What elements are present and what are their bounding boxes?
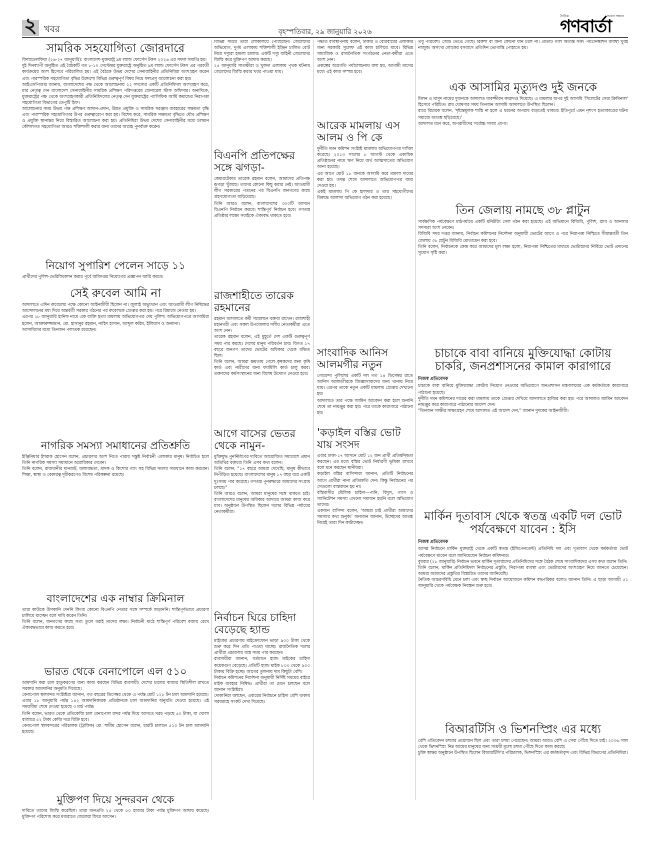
paragraph: পদ্ধতি ব্যবস্থাপনায় বলেন, ঢাকার ও বেরিব…	[317, 40, 413, 64]
paragraph: এরপর ১৮ জানুয়ারি হানিফ নামে এক ব্যক্তি …	[22, 315, 209, 327]
paragraph: তিনি বলেন, আমরা ক্ষমতায় গেলে কৃষকদের জন…	[214, 360, 310, 378]
paragraph: বিভিন্ন সময়ে তারা লোকালয়ে পৌঁছেছেন। জে…	[214, 40, 310, 64]
article-military-cooperation: সামরিক সহযোগিতা জোরদারে ফিলাডেলফিয়া (২৬…	[22, 42, 209, 257]
article-body: আমদানি করা চাল হাতুকরণের জন্য কাজ করছেন …	[22, 681, 209, 736]
paragraph: আসন্ন নির্বাচনে মার্কিন যুক্তরাষ্ট্র থেক…	[418, 547, 628, 559]
article-death-sentence: এক আসামির মৃত্যুদণ্ড দুই জনকে মিলন ও মাস…	[418, 79, 628, 199]
headline: আগে বাসের ভেতর থেকে নামুন-	[214, 428, 310, 452]
paragraph: কড়াইল বস্তির বাসিন্দারা জানান, প্রতিটি …	[317, 472, 413, 490]
article-body: বিভিন্ন সময়ে তারা লোকালয়ে পৌঁছেছেন। জে…	[214, 40, 310, 77]
headline: তিন জেলায় নামছে ৩৮ প্লাটুন	[418, 204, 628, 217]
headline: মার্কিন দূতাবাস থেকে স্বতন্ত্র একটি দল ভ…	[418, 510, 628, 536]
headline: এক আসামির মৃত্যুদণ্ড দুই জনকে	[418, 81, 628, 94]
headline: আরেক মামলায় এস আলম ও পি কে	[317, 120, 413, 144]
paragraph: তিনি বলেন, জনগণের কাছে সত্য তুলে ধরাই তা…	[22, 620, 209, 632]
paragraph: একজন বাসিন্দা বলেন, 'আমরা চাই প্রার্থীরা…	[317, 509, 413, 527]
article-continuation-3: তবু পরিবেশ। জেটি ভেঙে গেছে। রিকশা বা অন্…	[418, 40, 628, 76]
paragraph: বেশি প্রতিবেদন চশমার প্রয়োজন ছিল এবং তা…	[418, 739, 628, 751]
headline: 'কড়াইল বস্তির ভোট যায় সংসদ	[317, 427, 413, 451]
column-divider	[211, 40, 212, 800]
paragraph: চাচাকে বাবা বানিয়ে মুক্তিযোদ্ধা কোটায় …	[418, 384, 628, 396]
column-divider	[313, 40, 314, 800]
article-criminal: বাংলাদেশের এক নাম্বার ক্রিমিনাল তারা কাউ…	[22, 591, 209, 661]
article-body: মাইকের প্রচারণায় মাইক্রোফোন ভাড়া ৯০০ ট…	[214, 639, 310, 706]
paragraph: তারা কাউকে উসকানি দেননি কিংবা কোনো বিএনপ…	[22, 608, 209, 620]
headline: নির্বাচন ঘিরে চাহিদা বেড়েছে হ্যান্ড	[214, 612, 310, 636]
paragraph: তিনি বলেন, নির্বাচনকে কেন্দ্র করে আমাদের…	[418, 245, 628, 257]
paragraph: নৈতিক আচরণবিধি মেনে চলা এবং স্বচ্ছ নির্ব…	[418, 578, 628, 590]
section-name: খবর	[44, 22, 60, 37]
article-body: ইঞ্জিনিয়ার ইশরাক হোসেন বলেন, প্রচারণার …	[22, 455, 209, 479]
headline: নাগরিক সমস্যা সমাধানের প্রতিশ্রুতি	[22, 440, 209, 452]
paragraph: রায়ে বিচারক বলেন, 'দৃষ্টান্তমূলক শাস্তি…	[418, 109, 628, 121]
article-recruitment: নিয়োগ সুপারিশ পেলেন সাড়ে ১১ প্রার্থীদে…	[22, 260, 209, 282]
headline: সাংবাদিক আনিস আলমগীর নতুন	[317, 347, 413, 371]
article-body: তবু পরিবেশ। জেটি ভেঙে গেছে। রিকশা বা অন্…	[418, 40, 628, 52]
article-body: ফিলাডেলফিয়া (২৬-২৭ জানুয়ারি): বাংলাদেশ…	[22, 58, 209, 131]
headline: সেই রুবেল আমি না	[22, 287, 209, 300]
paragraph: বস্তিবাসীর মৌলিক চাহিদা—পানি, বিদ্যুৎ, গ…	[317, 491, 413, 509]
paragraph: আদালত মনে করে, অপরাধীদের সর্বোচ্চ সাজা প…	[418, 122, 628, 128]
paragraph: বিজিবি সদর দপ্তর জানায়, নির্বাচন কমিশনে…	[418, 232, 628, 244]
masthead: ২ খবর বৃহস্পতিবার, ২৯ জানুয়ারি ২০২৬ দৈন…	[0, 0, 650, 36]
article-body: বেশি প্রতিবেদন চশমার প্রয়োজন ছিল এবং তা…	[418, 739, 628, 757]
paragraph: এবার ঢাকা-১৭ আসনে মোট ১২ জন প্রার্থী প্র…	[317, 454, 413, 472]
article-bnp-quarrel: বিএনপি প্রতিপক্ষের সঙ্গে ঝগড়া- কেয়ারটে…	[214, 148, 310, 283]
article-body: দুর্নীতি দমন কমিশন সংশ্লিষ্ট মামলায় অভি…	[317, 147, 413, 202]
headline: নিয়োগ সুপারিশ পেলেন সাড়ে ১১	[22, 260, 209, 272]
paragraph: "তিনজন সাক্ষীর সাক্ষ্যগ্রহণ শেষে আদালত এ…	[418, 409, 628, 415]
paragraph: ইঞ্জিনিয়ার ইশরাক হোসেন বলেন, প্রচারণার …	[22, 455, 209, 467]
headline: বিআরটিসি ও ভিশনস্প্রিং এর মধ্যে	[418, 723, 628, 736]
paragraph: বেনাপোল স্থলবন্দরের পরিচালক (ট্রাফিক) মো…	[22, 724, 209, 736]
paragraph: দুর্নীতি দমন কমিশন সংশ্লিষ্ট মামলায় অভি…	[317, 147, 413, 171]
headline: ভারত থেকে বেনাপোলে এল ৫১০	[22, 666, 209, 678]
newspaper-logo: দৈনিক সত্যের সন্ধানে গণবার্তা	[560, 14, 628, 36]
article-ransom-sundarbans: মুক্তিপণ দিয়ে সুন্দরবন থেকে দাবিতে তাদে…	[22, 792, 209, 832]
paragraph: তিনি বলেন, মার্কিন প্রতিনিধিদল নির্বাচনে…	[418, 566, 628, 578]
article-us-embassy-observers: মার্কিন দূতাবাস থেকে স্বতন্ত্র একটি দল ভ…	[418, 508, 628, 718]
headline: রাজশাহীতে তারেক রহমানের	[214, 290, 310, 314]
article-continuation-2: পদ্ধতি ব্যবস্থাপনায় বলেন, ঢাকার ও বেরিব…	[317, 40, 413, 120]
paragraph: এবার ১৮ জানুয়ারি পর্যন্ত ১৪২ আমদানিকারক…	[22, 699, 209, 711]
paragraph: সার্বক্ষণিক পর্যবেক্ষণে মাঠপর্যায়ে একটি…	[418, 220, 628, 232]
paragraph: তবু পরিবেশ। জেটি ভেঙে গেছে। রিকশা বা অন্…	[418, 40, 628, 52]
byline: নিজস্ব প্রতিবেদক	[418, 376, 628, 383]
paragraph: নির্বাচন কমিশনের নির্দেশনা অনুযায়ী নির্…	[214, 676, 310, 694]
column-3: তবু পরিবেশ। জেটি ভেঙে গেছে। রিকশা বা অন্…	[418, 40, 628, 845]
headline: বাংলাদেশের এক নাম্বার ক্রিমিনাল	[22, 593, 209, 605]
paragraph: মিলন ও মাসুদ নামের দুজনকে আদালত যাবজ্জীব…	[418, 97, 628, 109]
column-1: সামরিক সহযোগিতা জোরদারে ফিলাডেলফিয়া (২৬…	[22, 40, 209, 845]
article-benapole-rice: ভারত থেকে বেনাপোলে এল ৫১০ আমদানি করা চাল…	[22, 664, 209, 789]
headline: চাচাকে বাবা বানিয়ে মুক্তিযোদ্ধা কোটায় …	[418, 347, 628, 373]
paragraph: দাবিতে তাদের জিম্মি করেছিল। তারা জনপ্রতি…	[22, 809, 209, 821]
paragraph: এর আগে মোট ১৮ জনকে আসামি করে মামলা দায়ে…	[317, 172, 413, 190]
paragraph: তিনি আরও বলেন, বাংলাদেশের ৩০০টি আসনে বিএ…	[214, 202, 310, 220]
article-continuation: বিভিন্ন সময়ে তারা লোকালয়ে পৌঁছেছেন। জে…	[214, 40, 310, 148]
paragraph: রহমান আদালতে কর্মী সম্মেলনে বক্তব্য রাখে…	[214, 317, 310, 335]
paragraph: কেয়ারটেকার তারেক রহমান বলেন, আমাদের প্র…	[214, 177, 310, 201]
paragraph: আলোচনার সময় উভয় পক্ষ প্রশিক্ষণ আদান-প্…	[22, 107, 209, 131]
article-journalist-anis: সাংবাদিক আনিস আলমগীর নতুন গোয়েন্দা পুলি…	[317, 345, 413, 435]
paragraph: একই মামলায় পি কে হালদার ও তার সহযোগীদের…	[317, 190, 413, 202]
headline: মুক্তিপণ দিয়ে সুন্দরবন থেকে	[22, 794, 209, 806]
paragraph: গোয়েন্দা পুলিশের একটি দল গত ১৪ ডিসেম্বর…	[317, 374, 413, 398]
paragraph: তিনি আরও বলেন, আমরা মানুষের সঙ্গে থাকতে …	[214, 492, 310, 516]
paragraph: আদালতে তার পক্ষে জামিন আবেদন করা হলে শুন…	[317, 399, 413, 417]
article-body: তারা কাউকে উসকানি দেননি কিংবা কোনো বিএনপ…	[22, 608, 209, 632]
paragraph: ব্যবসায়ীরা জানান, বর্তমানে হ্যান্ড মাইক…	[214, 657, 310, 675]
paragraph: দোকানিরা বলছেন, এবারের নির্বাচনে চাহিদা …	[214, 694, 310, 706]
paragraph: তিনি বলেন, রাজধানীর যানজট, জলাবদ্ধতা, মা…	[22, 467, 209, 479]
paragraph: আমদানি করা চাল হাতুকরণের জন্য কাজ করছেন …	[22, 681, 209, 693]
paragraph: ২৫ জানুয়ারি সাতক্ষীরা ও খুলনা এলাকায় প…	[214, 64, 310, 76]
paragraph: তারেক রহমান বলেন, এই মুহূর্তে দেশ একটি গ…	[214, 335, 310, 359]
article-body: দাবিতে তাদের জিম্মি করেছিল। তারা জনপ্রতি…	[22, 809, 209, 821]
article-body: আদালতে এদিন রুবেলের পক্ষে কোনো আইনজীবী ছ…	[22, 303, 209, 333]
article-body: মুক্তিযুদ্ধ পুনর্নির্মাণের দাবিতে আয়োজি…	[214, 455, 310, 516]
article-brtc-visionspring: বিআরটিসি ও ভিশনস্প্রিং এর মধ্যে বেশি প্র…	[418, 721, 628, 801]
column-divider	[415, 40, 416, 800]
article-body: রহমান আদালতে কর্মী সম্মেলনে বক্তব্য রাখে…	[214, 317, 310, 378]
article-body: এবার ঢাকা-১৭ আসনে মোট ১২ জন প্রার্থী প্র…	[317, 454, 413, 527]
paragraph: প্রকল্পের অগ্রগতি পর্যালোচনায় বলা হয়, …	[317, 64, 413, 76]
paragraph: চুক্তি স্বাক্ষর অনুষ্ঠানে উপস্থিত ছিলেন …	[418, 751, 628, 757]
article-body: সার্বক্ষণিক পর্যবেক্ষণে মাঠপর্যায়ে একটি…	[418, 220, 628, 257]
article-body: কেয়ারটেকার তারেক রহমান বলেন, আমাদের প্র…	[214, 177, 310, 220]
paragraph: আসামিদের মধ্যে তিনজন পলাতক রয়েছেন।	[22, 328, 209, 334]
paragraph: মাইকের প্রচারণায় মাইক্রোফোন ভাড়া ৯০০ ট…	[214, 639, 310, 657]
article-38-platoons: তিন জেলায় নামছে ৩৮ প্লাটুন সার্বক্ষণিক …	[418, 202, 628, 342]
paragraph: তিনি বলেন, "১৭ বছরে আমরা দেখেছি, মানুষ ক…	[214, 467, 310, 491]
article-rubel: সেই রুবেল আমি না আদালতে এদিন রুবেলের পক্…	[22, 285, 209, 435]
paragraph: আদালতে এদিন রুবেলের পক্ষে কোনো আইনজীবী ছ…	[22, 303, 209, 315]
article-s-alam-pk: আরেক মামলায় এস আলম ও পি কে দুর্নীতি দমন…	[317, 118, 413, 288]
header-rule	[22, 37, 628, 38]
paragraph: বুধবার (২৮ জানুয়ারি) নির্বাচন ভবনে মার্…	[418, 560, 628, 566]
article-korail-slum: 'কড়াইল বস্তির ভোট যায় সংসদ এবার ঢাকা-১…	[317, 425, 413, 805]
headline: বিএনপি প্রতিপক্ষের সঙ্গে ঝগড়া-	[214, 150, 310, 174]
paragraph: প্রার্থীদের পুলিশ-ভেরিফিকেশন করার পূর্বে…	[22, 275, 209, 281]
article-civic-problems: নাগরিক সমস্যা সমাধানের প্রতিশ্রুতি ইঞ্জি…	[22, 438, 209, 588]
article-body: চাচাকে বাবা বানিয়ে মুক্তিযোদ্ধা কোটায় …	[418, 384, 628, 414]
logo-name: গণবার্তা	[560, 18, 612, 36]
article-body: আসন্ন নির্বাচনে মার্কিন যুক্তরাষ্ট্র থেক…	[418, 547, 628, 590]
article-body: প্রার্থীদের পুলিশ-ভেরিফিকেশন করার পূর্বে…	[22, 275, 209, 281]
article-freedom-fighter-quota: চাচাকে বাবা বানিয়ে মুক্তিযোদ্ধা কোটায় …	[418, 345, 628, 505]
article-body: মিলন ও মাসুদ নামের দুজনকে আদালত যাবজ্জীব…	[418, 97, 628, 127]
paragraph: আইএসপিআর জানায়, বাংলাদেশের পক্ষ থেকে আল…	[22, 83, 209, 107]
paragraph: দুই দিনব্যাপী অনুষ্ঠিত এই বৈঠকটি গত ৮-১০…	[22, 64, 209, 82]
article-body: পদ্ধতি ব্যবস্থাপনায় বলেন, ঢাকার ও বেরিব…	[317, 40, 413, 77]
paragraph: তিনি বলেন, ভারত থেকে প্রতিকেজি চাল বেনাপ…	[22, 712, 209, 724]
article-body: গোয়েন্দা পুলিশের একটি দল গত ১৪ ডিসেম্বর…	[317, 374, 413, 417]
article-rajshahi-tarique: রাজশাহীতে তারেক রহমানের রহমান আদালতে কর্…	[214, 288, 310, 423]
article-get-off-bus: আগে বাসের ভেতর থেকে নামুন- মুক্তিযুদ্ধ প…	[214, 426, 310, 606]
paragraph: দুর্নীতি দমন কমিশনের দায়ের করা মামলায় …	[418, 397, 628, 409]
byline: নিজস্ব প্রতিবেদক	[418, 539, 628, 546]
article-hand-mic: নির্বাচন ঘিরে চাহিদা বেড়েছে হ্যান্ড মাই…	[214, 610, 310, 810]
paragraph: মুক্তিযুদ্ধ পুনর্নির্মাণের দাবিতে আয়োজি…	[214, 455, 310, 467]
page-number: ২	[24, 14, 37, 36]
headline: সামরিক সহযোগিতা জোরদারে	[22, 42, 209, 55]
